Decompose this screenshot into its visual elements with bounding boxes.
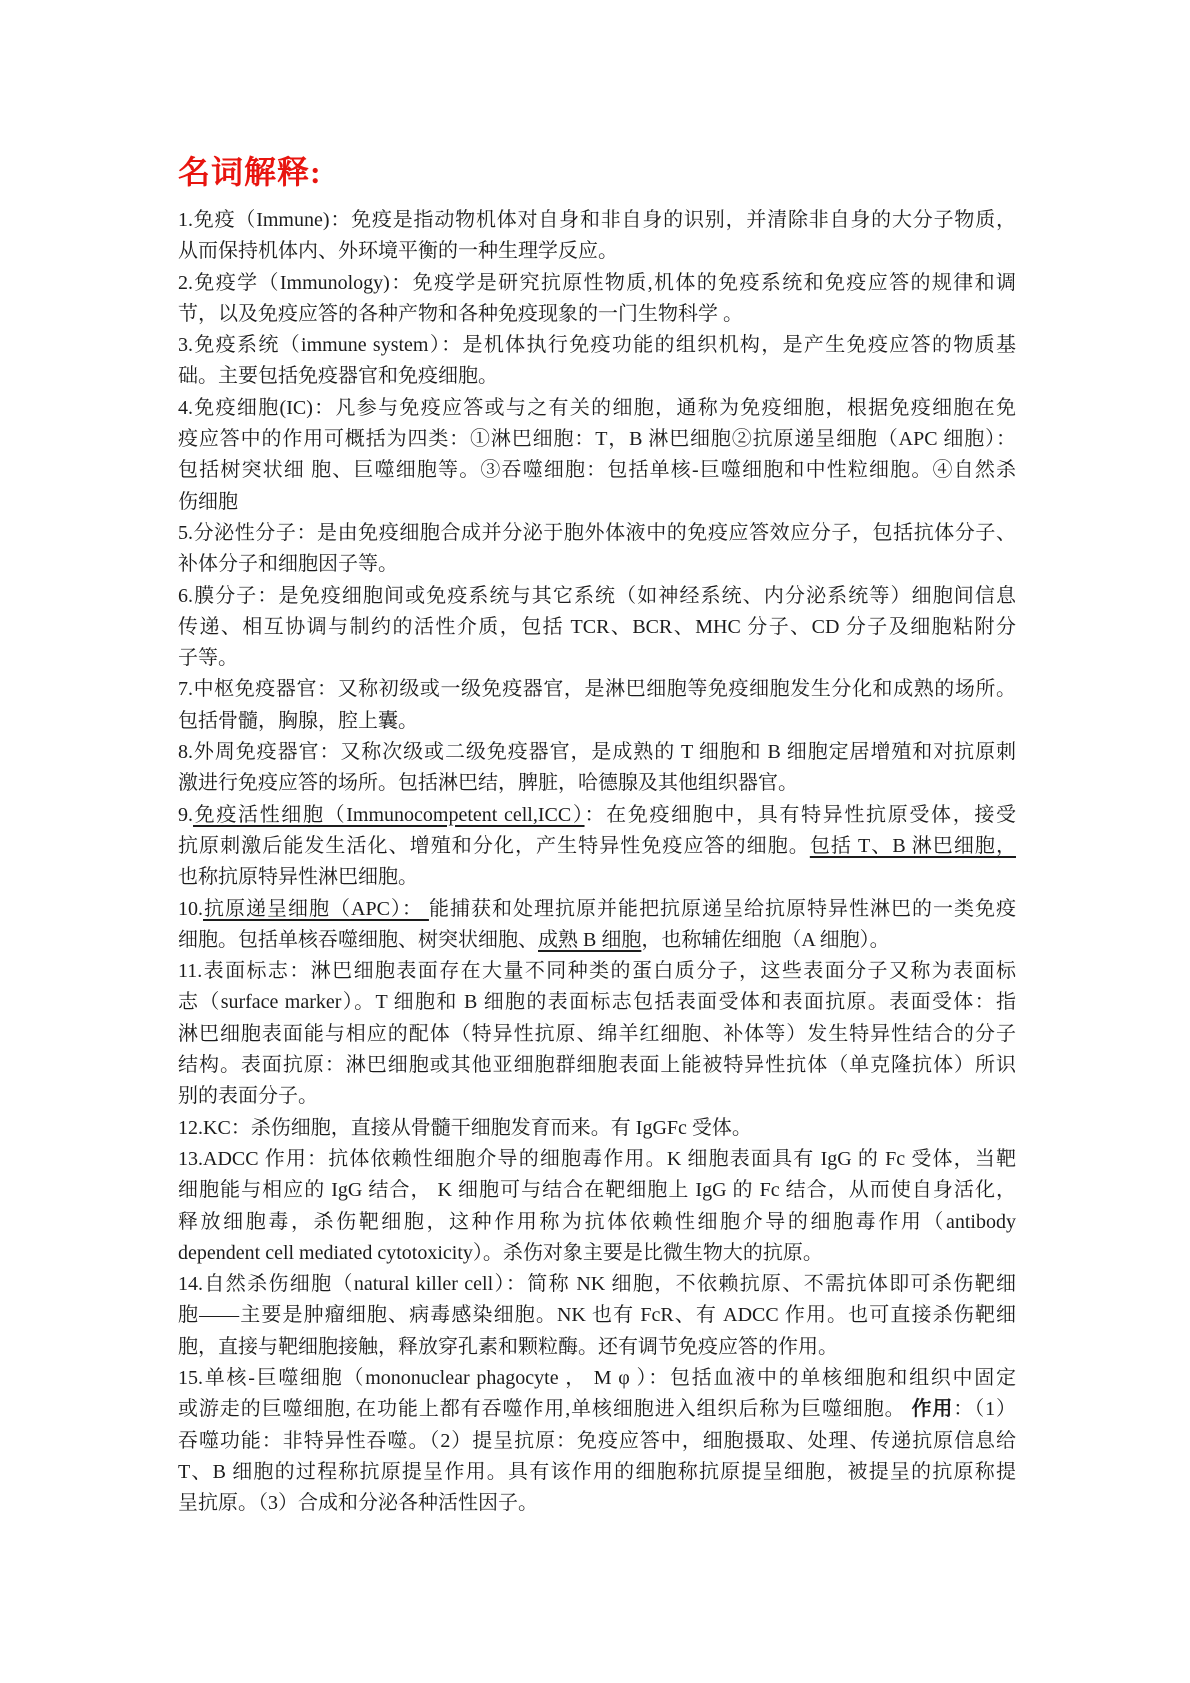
text-line: 包括骨髓，胸腺，腔上囊。 [178,706,1016,737]
text-line: 也称抗原特异性淋巴细胞。 [178,862,1016,893]
text-line: 淋巴细胞表面能与相应的配体（特异性抗原、绵羊红细胞、补体等）发生特异性结合的分子 [178,1019,1016,1050]
text-line: 伤细胞 [178,487,1016,518]
text-line: 激进行免疫应答的场所。包括淋巴结，脾脏，哈德腺及其他组织器官。 [178,768,1016,799]
text-line: 9.免疫活性细胞（Immunocompetent cell,ICC）：在免疫细胞… [178,800,1016,831]
text-line: 补体分子和细胞因子等。 [178,549,1016,580]
document-page: 名词解释: 1.免疫（Immune)：免疫是指动物机体对自身和非自身的识别，并清… [0,0,1190,1683]
text-segment: 2.免疫学（Immunology)：免疫学是研究抗原性物质,机体的免疫系统和免疫… [178,272,1016,294]
text-segment: 释放细胞毒，杀伤靶细胞，这种作用称为抗体依赖性细胞介导的细胞毒作用（antibo… [178,1211,1016,1233]
text-segment: 5.分泌性分子：是由免疫细胞合成并分泌于胞外体液中的免疫应答效应分子，包括抗体分… [178,522,1016,544]
text-segment: 子等。 [178,647,238,669]
text-line: 疫应答中的作用可概括为四类：①淋巴细胞：T，B 淋巴细胞②抗原递呈细胞（APC … [178,424,1016,455]
text-segment: 结构。表面抗原：淋巴细胞或其他亚细胞群细胞表面上能被特异性抗体（单克隆抗体）所识 [178,1054,1016,1076]
text-line: 吞噬功能：非特异性吞噬。（2）提呈抗原：免疫应答中，细胞摄取、处理、传递抗原信息… [178,1426,1016,1457]
text-segment: 细胞。包括单核吞噬细胞、树突状细胞、 [178,929,538,951]
text-segment: 传递、相互协调与制约的活性介质，包括 TCR、BCR、MHC 分子、CD 分子及… [178,616,1016,638]
text-line: 13.ADCC 作用：抗体依赖性细胞介导的细胞毒作用。K 细胞表面具有 IgG … [178,1144,1016,1175]
bold-text: 作用 [911,1398,953,1420]
text-line: 4.免疫细胞(IC)：凡参与免疫应答或与之有关的细胞，通称为免疫细胞，根据免疫细… [178,393,1016,424]
text-segment: ：（1） [953,1398,1016,1420]
text-segment: 4.免疫细胞(IC)：凡参与免疫应答或与之有关的细胞，通称为免疫细胞，根据免疫细… [178,397,1016,419]
text-line: 传递、相互协调与制约的活性介质，包括 TCR、BCR、MHC 分子、CD 分子及… [178,612,1016,643]
text-line: 别的表面分子。 [178,1081,1016,1112]
document-body: 1.免疫（Immune)：免疫是指动物机体对自身和非自身的识别，并清除非自身的大… [178,205,1016,1519]
text-line: 抗原刺激后能发生活化、增殖和分化，产生特异性免疫应答的细胞。包括 T、B 淋巴细… [178,831,1016,862]
text-segment: 11.表面标志：淋巴细胞表面存在大量不同种类的蛋白质分子，这些表面分子又称为表面… [178,960,1016,982]
text-segment: 胞——主要是肿瘤细胞、病毒感染细胞。NK 也有 FcR、有 ADCC 作用。也可… [178,1304,1016,1326]
text-line: 14.自然杀伤细胞（natural killer cell）：简称 NK 细胞，… [178,1269,1016,1300]
text-segment: 础。主要包括免疫器官和免疫细胞。 [178,365,498,387]
text-line: 子等。 [178,643,1016,674]
text-line: 2.免疫学（Immunology)：免疫学是研究抗原性物质,机体的免疫系统和免疫… [178,268,1016,299]
text-segment: 胞，直接与靶细胞接触，释放穿孔素和颗粒酶。还有调节免疫应答的作用。 [178,1336,838,1358]
text-line: 结构。表面抗原：淋巴细胞或其他亚细胞群细胞表面上能被特异性抗体（单克隆抗体）所识 [178,1050,1016,1081]
text-line: 12.KC：杀伤细胞，直接从骨髓干细胞发育而来。有 IgGFc 受体。 [178,1113,1016,1144]
text-segment: 节，以及免疫应答的各种产物和各种免疫现象的一门生物科学 。 [178,303,743,325]
text-segment: 7.中枢免疫器官：又称初级或一级免疫器官，是淋巴细胞等免疫细胞发生分化和成熟的场… [178,678,1016,700]
text-segment: 13.ADCC 作用：抗体依赖性细胞介导的细胞毒作用。K 细胞表面具有 IgG … [178,1148,1016,1170]
text-segment: 包括树突状细 胞、巨噬细胞等。③吞噬细胞：包括单核-巨噬细胞和中性粒细胞。④自然… [178,459,1016,481]
underlined-text: 成熟 B 细胞 [538,929,641,951]
text-line: 释放细胞毒，杀伤靶细胞，这种作用称为抗体依赖性细胞介导的细胞毒作用（antibo… [178,1207,1016,1238]
text-segment: 别的表面分子。 [178,1085,318,1107]
text-segment: 能捕获和处理抗原并能把抗原递呈给抗原特异性淋巴的一类免疫 [429,898,1016,920]
text-segment: 15.单核-巨噬细胞（mononuclear phagocyte ， M φ ）… [178,1367,1016,1389]
page-title: 名词解释: [178,153,1014,191]
text-segment: 14.自然杀伤细胞（natural killer cell）：简称 NK 细胞，… [178,1273,1016,1295]
underlined-text: 抗原递呈细胞（APC）： [203,898,429,920]
text-segment: 淋巴细胞表面能与相应的配体（特异性抗原、绵羊红细胞、补体等）发生特异性结合的分子 [178,1023,1016,1045]
text-line: 呈抗原。（3）合成和分泌各种活性因子。 [178,1488,1016,1519]
text-segment: dependent cell mediated cytotoxicity）。杀伤… [178,1242,823,1264]
text-line: 3.免疫系统（immune system）：是机体执行免疫功能的组织机构，是产生… [178,330,1016,361]
text-segment: 激进行免疫应答的场所。包括淋巴结，脾脏，哈德腺及其他组织器官。 [178,772,798,794]
text-line: 从而保持机体内、外环境平衡的一种生理学反应。 [178,236,1016,267]
text-line: 础。主要包括免疫器官和免疫细胞。 [178,361,1016,392]
text-segment: 志（surface marker）。T 细胞和 B 细胞的表面标志包括表面受体和… [178,991,1016,1013]
text-line: 15.单核-巨噬细胞（mononuclear phagocyte ， M φ ）… [178,1363,1016,1394]
underlined-text: 包括 T、B 淋巴细胞， [810,835,1016,857]
text-line: T、B 细胞的过程称抗原提呈作用。具有该作用的细胞称抗原提呈细胞，被提呈的抗原称… [178,1457,1016,1488]
text-line: 10.抗原递呈细胞（APC）： 能捕获和处理抗原并能把抗原递呈给抗原特异性淋巴的… [178,894,1016,925]
text-line: 6.膜分子：是免疫细胞间或免疫系统与其它系统（如神经系统、内分泌系统等）细胞间信… [178,581,1016,612]
text-segment: 8.外周免疫器官：又称次级或二级免疫器官，是成熟的 T 细胞和 B 细胞定居增殖… [178,741,1016,763]
text-segment: ：在免疫细胞中，具有特异性抗原受体，接受 [585,804,1017,826]
text-line: 1.免疫（Immune)：免疫是指动物机体对自身和非自身的识别，并清除非自身的大… [178,205,1016,236]
text-segment: 包括骨髓，胸腺，腔上囊。 [178,710,418,732]
text-segment: 6.膜分子：是免疫细胞间或免疫系统与其它系统（如神经系统、内分泌系统等）细胞间信… [178,585,1016,607]
text-line: 细胞能与相应的 IgG 结合， K 细胞可与结合在靶细胞上 IgG 的 Fc 结… [178,1175,1016,1206]
text-segment: 吞噬功能：非特异性吞噬。（2）提呈抗原：免疫应答中，细胞摄取、处理、传递抗原信息… [178,1430,1016,1452]
text-segment: 3.免疫系统（immune system）：是机体执行免疫功能的组织机构，是产生… [178,334,1016,356]
text-segment: 10. [178,898,203,920]
text-line: 11.表面标志：淋巴细胞表面存在大量不同种类的蛋白质分子，这些表面分子又称为表面… [178,956,1016,987]
text-segment: ，也称辅佐细胞（A 细胞）。 [641,929,889,951]
text-segment: 12.KC：杀伤细胞，直接从骨髓干细胞发育而来。有 IgGFc 受体。 [178,1117,752,1139]
text-segment: 9. [178,804,193,826]
text-line: 或游走的巨噬细胞, 在功能上都有吞噬作用,单核细胞进入组织后称为巨噬细胞。 作用… [178,1394,1016,1425]
text-line: 包括树突状细 胞、巨噬细胞等。③吞噬细胞：包括单核-巨噬细胞和中性粒细胞。④自然… [178,455,1016,486]
text-line: 细胞。包括单核吞噬细胞、树突状细胞、成熟 B 细胞，也称辅佐细胞（A 细胞）。 [178,925,1016,956]
text-line: 8.外周免疫器官：又称次级或二级免疫器官，是成熟的 T 细胞和 B 细胞定居增殖… [178,737,1016,768]
text-line: 7.中枢免疫器官：又称初级或一级免疫器官，是淋巴细胞等免疫细胞发生分化和成熟的场… [178,674,1016,705]
text-segment: 1.免疫（Immune)：免疫是指动物机体对自身和非自身的识别，并清除非自身的大… [178,209,1016,231]
text-segment: 或游走的巨噬细胞, 在功能上都有吞噬作用,单核细胞进入组织后称为巨噬细胞。 [178,1398,911,1420]
text-line: 胞——主要是肿瘤细胞、病毒感染细胞。NK 也有 FcR、有 ADCC 作用。也可… [178,1300,1016,1331]
text-line: 5.分泌性分子：是由免疫细胞合成并分泌于胞外体液中的免疫应答效应分子，包括抗体分… [178,518,1016,549]
text-segment: T、B 细胞的过程称抗原提呈作用。具有该作用的细胞称抗原提呈细胞，被提呈的抗原称… [178,1461,1016,1483]
text-segment: 补体分子和细胞因子等。 [178,553,398,575]
text-segment: 抗原刺激后能发生活化、增殖和分化，产生特异性免疫应答的细胞。 [178,835,810,857]
text-segment: 呈抗原。（3）合成和分泌各种活性因子。 [178,1492,538,1514]
text-line: 志（surface marker）。T 细胞和 B 细胞的表面标志包括表面受体和… [178,987,1016,1018]
text-segment: 也称抗原特异性淋巴细胞。 [178,866,418,888]
text-line: 节，以及免疫应答的各种产物和各种免疫现象的一门生物科学 。 [178,299,1016,330]
text-segment: 从而保持机体内、外环境平衡的一种生理学反应。 [178,240,618,262]
text-segment: 细胞能与相应的 IgG 结合， K 细胞可与结合在靶细胞上 IgG 的 Fc 结… [178,1179,1016,1201]
text-segment: 伤细胞 [178,491,238,513]
underlined-text: 免疫活性细胞（Immunocompetent cell,ICC） [193,804,585,826]
text-line: dependent cell mediated cytotoxicity）。杀伤… [178,1238,1016,1269]
text-segment: 疫应答中的作用可概括为四类：①淋巴细胞：T，B 淋巴细胞②抗原递呈细胞（APC … [178,428,1016,450]
text-line: 胞，直接与靶细胞接触，释放穿孔素和颗粒酶。还有调节免疫应答的作用。 [178,1332,1016,1363]
